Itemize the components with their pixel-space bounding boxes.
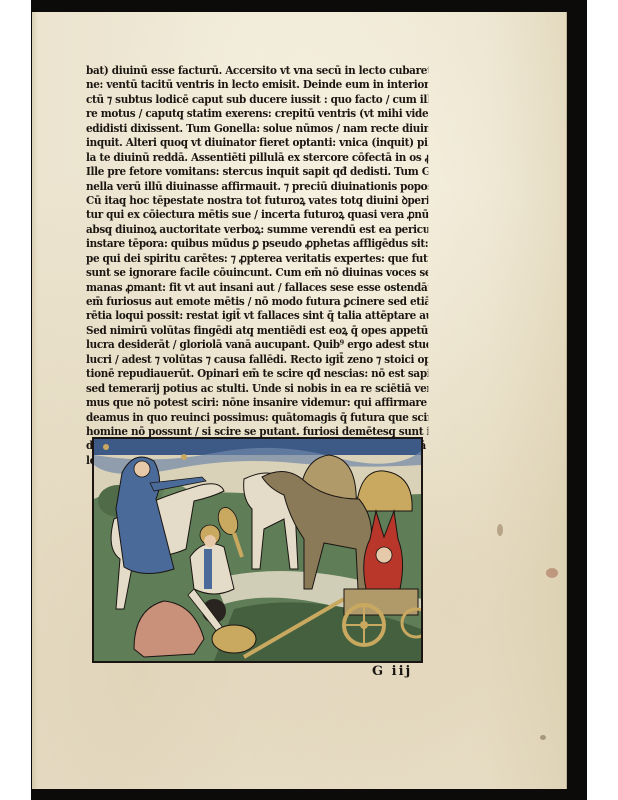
text-line: deamus in quo reuinci possimus: quātomag…	[86, 410, 428, 424]
text-line: instare tēpora: quibus mūdus ꝑ pseudo ꝓp…	[86, 236, 428, 250]
text-line: Sed nimirū volūtas fingēdi atq̧ mentiēdi…	[86, 323, 428, 337]
text-line: mus que nō potest sciri: nōne insanire v…	[86, 395, 428, 409]
woodcut-scene	[94, 439, 421, 661]
text-line: re motus / caputq̧ statim exerens: crepi…	[86, 106, 428, 120]
text-line: pe qui dei spiritu carētes: ⁊ ꝓpterea ve…	[86, 251, 428, 265]
text-line: lucri / adest ⁊ volūtas ⁊ causa fallēdi.…	[86, 352, 428, 366]
text-line: Cū itaq̧ hoc tēpestate nostra tot futuro…	[86, 193, 428, 207]
text-line: tionē repudiauerūt. Opinari em̄ te scire…	[86, 366, 428, 380]
text-line: bat) diuinū esse facturū. Accersito vt v…	[86, 63, 428, 77]
text-line: la te diuinū reddā. Assentiēti pillulā e…	[86, 150, 428, 164]
foxing-stain	[497, 524, 503, 536]
text-line: ctū ⁊ subtus lodicē caput sub ducere ius…	[86, 92, 428, 106]
text-line: em̄ furiosus aut emote mētis / nō modo f…	[86, 294, 428, 308]
text-line: manas ꝓmant: fit vt aut insani aut / fal…	[86, 280, 428, 294]
text-line: nella verū illū diuinasse affirmauit. ⁊ …	[86, 179, 428, 193]
text-line: tur qui ex cōiectura mētis sue / incerta…	[86, 207, 428, 221]
text-line: inquit. Alteri quoq̧ vt diuinator fieret…	[86, 135, 428, 149]
woodcut-illustration	[92, 437, 423, 663]
body-text: bat) diuinū esse facturū. Accersito vt v…	[86, 63, 428, 467]
text-line: sunt se ignorare facile cōuincunt. Cum e…	[86, 265, 428, 279]
foxing-stain	[540, 735, 546, 740]
text-line: Ille pre fetore vomitans: stercus inquit…	[86, 164, 428, 178]
foxing-stain	[546, 568, 558, 578]
signature-mark: G iij	[372, 664, 412, 679]
text-line: edidisti dixissent. Tum Gonella: solue n…	[86, 121, 428, 135]
text-line: absq̧ diuinoꝝ auctoritate verboꝝ: summe …	[86, 222, 428, 236]
text-line: rētia loqui possit: restat igit̄ vt fall…	[86, 308, 428, 322]
text-line: ne: ventū tacitū ventris in lecto emisit…	[86, 77, 428, 91]
text-line: lucra desiderāt / gloriolā vanā aucupant…	[86, 337, 428, 351]
text-line: sed temerarij potius ac stulti. Unde si …	[86, 381, 428, 395]
